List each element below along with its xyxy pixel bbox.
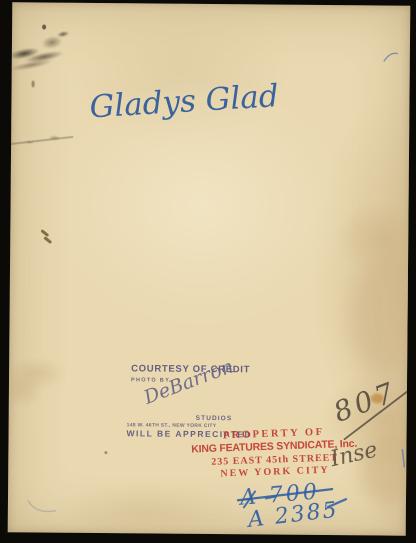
speck — [104, 451, 107, 454]
pencil-scratches — [11, 131, 73, 150]
olive-ink-mark — [40, 232, 54, 246]
pencil-number: 807 — [329, 375, 402, 429]
photo-verso-paper: Gladys Glad COURTESY OF CREDIT PHOTO BY … — [8, 2, 411, 535]
stain-right — [349, 257, 410, 378]
faint-curve-bottom-left — [28, 500, 56, 511]
blue-tail-stroke — [402, 450, 404, 467]
speck — [32, 80, 35, 87]
charcoal-smudge — [8, 21, 78, 76]
scan-background: Gladys Glad COURTESY OF CREDIT PHOTO BY … — [0, 0, 416, 543]
blue-tick-top-right — [384, 53, 398, 61]
courtesy-stamp-studios: STUDIOS — [196, 415, 233, 422]
handwritten-name: Gladys Glad — [89, 78, 280, 125]
